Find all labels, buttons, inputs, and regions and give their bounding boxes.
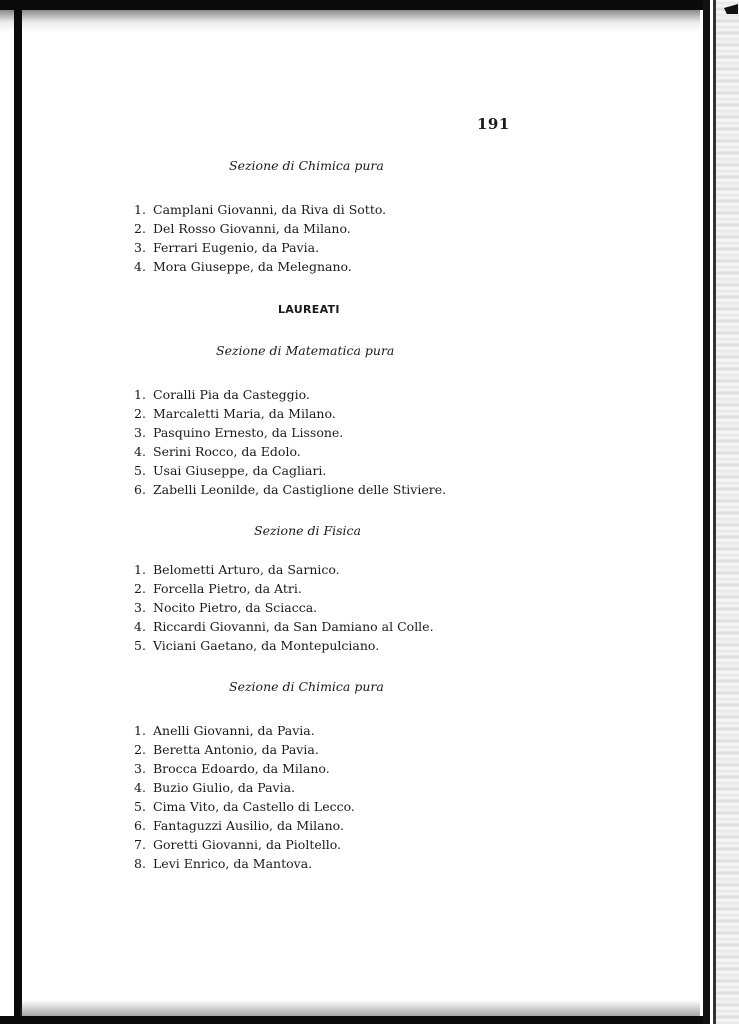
entry-number: 4. xyxy=(134,617,153,636)
entry-number: 3. xyxy=(134,598,153,617)
entry-text: Ferrari Eugenio, da Pavia. xyxy=(153,238,319,257)
section-heading-chimica: Sezione di Chimica pura xyxy=(229,679,384,694)
section-heading-matematica: Sezione di Matematica pura xyxy=(216,343,394,358)
list-item: 2.Beretta Antonio, da Pavia. xyxy=(134,740,355,759)
entry-text: Usai Giuseppe, da Cagliari. xyxy=(153,461,326,480)
entry-number: 3. xyxy=(134,423,153,442)
scan-border-top xyxy=(0,0,705,10)
list-item: 1.Coralli Pia da Casteggio. xyxy=(134,385,446,404)
entry-number: 6. xyxy=(134,816,153,835)
entry-list-chimica: 1.Anelli Giovanni, da Pavia. 2.Beretta A… xyxy=(134,721,355,873)
entry-list-matematica: 1.Coralli Pia da Casteggio. 2.Marcaletti… xyxy=(134,385,446,499)
entry-number: 5. xyxy=(134,636,153,655)
list-item: 6.Zabelli Leonilde, da Castiglione delle… xyxy=(134,480,446,499)
entry-list-chimica-top: 1.Camplani Giovanni, da Riva di Sotto. 2… xyxy=(134,200,386,276)
list-item: 8.Levi Enrico, da Mantova. xyxy=(134,854,355,873)
list-item: 3.Nocito Pietro, da Sciacca. xyxy=(134,598,434,617)
entry-number: 8. xyxy=(134,854,153,873)
list-item: 4.Riccardi Giovanni, da San Damiano al C… xyxy=(134,617,434,636)
entry-text: Riccardi Giovanni, da San Damiano al Col… xyxy=(153,617,434,636)
page-edge-right xyxy=(716,0,739,1024)
list-item: 4.Serini Rocco, da Edolo. xyxy=(134,442,446,461)
entry-text: Serini Rocco, da Edolo. xyxy=(153,442,301,461)
entry-text: Forcella Pietro, da Atri. xyxy=(153,579,302,598)
list-item: 6.Fantaguzzi Ausilio, da Milano. xyxy=(134,816,355,835)
entry-text: Anelli Giovanni, da Pavia. xyxy=(153,721,315,740)
entry-number: 1. xyxy=(134,200,153,219)
entry-text: Pasquino Ernesto, da Lissone. xyxy=(153,423,343,442)
entry-text: Del Rosso Giovanni, da Milano. xyxy=(153,219,351,238)
entry-text: Goretti Giovanni, da Pioltello. xyxy=(153,835,341,854)
entry-text: Fantaguzzi Ausilio, da Milano. xyxy=(153,816,344,835)
entry-text: Beretta Antonio, da Pavia. xyxy=(153,740,319,759)
entry-number: 4. xyxy=(134,257,153,276)
list-item: 5.Cima Vito, da Castello di Lecco. xyxy=(134,797,355,816)
list-item: 2.Del Rosso Giovanni, da Milano. xyxy=(134,219,386,238)
entry-text: Marcaletti Maria, da Milano. xyxy=(153,404,336,423)
list-item: 3.Pasquino Ernesto, da Lissone. xyxy=(134,423,446,442)
section-heading-fisica: Sezione di Fisica xyxy=(254,523,361,538)
entry-number: 5. xyxy=(134,797,153,816)
entry-number: 5. xyxy=(134,461,153,480)
entry-text: Levi Enrico, da Mantova. xyxy=(153,854,312,873)
page-number: 191 xyxy=(477,115,510,133)
scan-noise-top xyxy=(0,10,700,32)
entry-text: Belometti Arturo, da Sarnico. xyxy=(153,560,340,579)
list-item: 1.Anelli Giovanni, da Pavia. xyxy=(134,721,355,740)
list-item: 4.Mora Giuseppe, da Melegnano. xyxy=(134,257,386,276)
entry-list-fisica: 1.Belometti Arturo, da Sarnico. 2.Forcel… xyxy=(134,560,434,655)
entry-number: 6. xyxy=(134,480,153,499)
laureati-heading: LAUREATI xyxy=(278,303,340,316)
entry-number: 3. xyxy=(134,759,153,778)
list-item: 1.Camplani Giovanni, da Riva di Sotto. xyxy=(134,200,386,219)
section-heading-chimica-top: Sezione di Chimica pura xyxy=(229,158,384,173)
entry-number: 4. xyxy=(134,778,153,797)
list-item: 5.Usai Giuseppe, da Cagliari. xyxy=(134,461,446,480)
entry-text: Nocito Pietro, da Sciacca. xyxy=(153,598,317,617)
list-item: 2.Forcella Pietro, da Atri. xyxy=(134,579,434,598)
entry-text: Brocca Edoardo, da Milano. xyxy=(153,759,330,778)
scan-border-left xyxy=(14,0,22,1024)
list-item: 1.Belometti Arturo, da Sarnico. xyxy=(134,560,434,579)
entry-text: Coralli Pia da Casteggio. xyxy=(153,385,310,404)
list-item: 3.Ferrari Eugenio, da Pavia. xyxy=(134,238,386,257)
entry-text: Viciani Gaetano, da Montepulciano. xyxy=(153,636,379,655)
entry-number: 2. xyxy=(134,740,153,759)
entry-text: Cima Vito, da Castello di Lecco. xyxy=(153,797,355,816)
entry-text: Camplani Giovanni, da Riva di Sotto. xyxy=(153,200,386,219)
list-item: 4.Buzio Giulio, da Pavia. xyxy=(134,778,355,797)
entry-number: 3. xyxy=(134,238,153,257)
list-item: 5.Viciani Gaetano, da Montepulciano. xyxy=(134,636,434,655)
scan-noise-bottom xyxy=(20,1000,700,1016)
entry-number: 1. xyxy=(134,721,153,740)
entry-number: 2. xyxy=(134,579,153,598)
entry-number: 1. xyxy=(134,385,153,404)
entry-text: Zabelli Leonilde, da Castiglione delle S… xyxy=(153,480,446,499)
entry-text: Mora Giuseppe, da Melegnano. xyxy=(153,257,352,276)
entry-number: 1. xyxy=(134,560,153,579)
scan-border-right xyxy=(703,0,710,1024)
list-item: 3.Brocca Edoardo, da Milano. xyxy=(134,759,355,778)
entry-number: 2. xyxy=(134,219,153,238)
scan-border-bottom xyxy=(0,1016,705,1024)
entry-number: 7. xyxy=(134,835,153,854)
entry-text: Buzio Giulio, da Pavia. xyxy=(153,778,295,797)
list-item: 2.Marcaletti Maria, da Milano. xyxy=(134,404,446,423)
entry-number: 2. xyxy=(134,404,153,423)
list-item: 7.Goretti Giovanni, da Pioltello. xyxy=(134,835,355,854)
entry-number: 4. xyxy=(134,442,153,461)
